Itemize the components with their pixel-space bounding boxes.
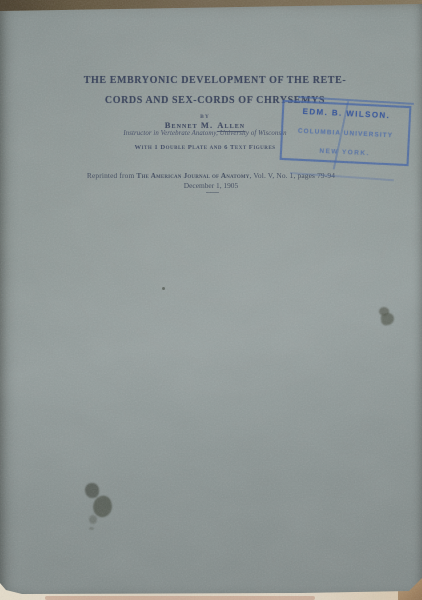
reprint-prefix: Reprinted from xyxy=(87,171,136,180)
pamphlet-cover-photo: THE EMBRYONIC DEVELOPMENT OF THE RETE- C… xyxy=(0,0,422,600)
paper-title-line1: THE EMBRYONIC DEVELOPMENT OF THE RETE- xyxy=(14,71,416,91)
ink-stain-large-tail xyxy=(89,515,97,524)
ink-stain-large-head xyxy=(85,483,99,498)
stamp-institution: COLUMBIA UNIVERSITY xyxy=(285,127,406,140)
paper-speck xyxy=(162,287,165,290)
reprint-citation: Reprinted from The American Journal of A… xyxy=(2,171,420,180)
ink-stain-small xyxy=(377,307,395,327)
page-edges-pink-tint xyxy=(45,596,315,600)
ink-stain-small-part-b xyxy=(380,312,395,326)
reprint-date: December 1, 1905 xyxy=(2,181,420,190)
author-first-names: Bennet M. xyxy=(165,120,214,130)
stamp-city: NEW YORK. xyxy=(284,146,405,159)
pamphlet-cover: THE EMBRYONIC DEVELOPMENT OF THE RETE- C… xyxy=(0,0,422,600)
ink-stain-large xyxy=(82,483,116,529)
journal-name: The American Journal of Anatomy xyxy=(136,171,249,180)
paper-speck-faint xyxy=(89,527,94,530)
date-underline-rule xyxy=(206,192,219,193)
